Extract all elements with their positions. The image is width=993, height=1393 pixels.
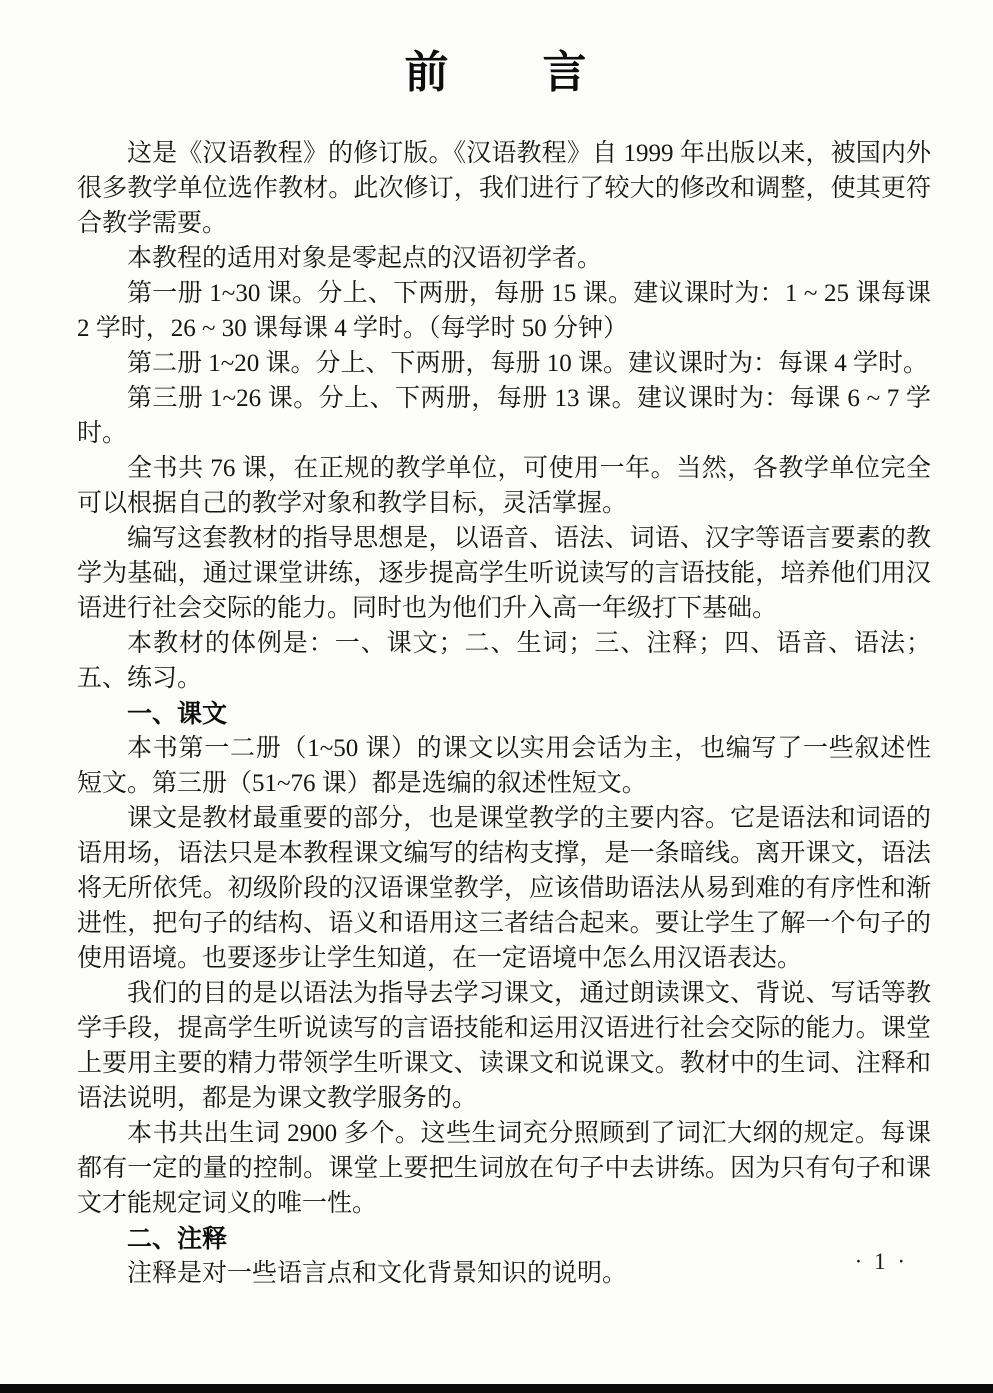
paragraph: 课文是教材最重要的部分，也是课堂教学的主要内容。它是语法和词语的语用场，语法只是…: [77, 801, 931, 976]
paragraph: 本书共出生词 2900 多个。这些生词充分照顾到了词汇大纲的规定。每课都有一定的…: [77, 1116, 931, 1221]
paragraph: 本教材的体例是：一、课文；二、生词；三、注释；四、语音、语法；五、练习。: [77, 626, 931, 696]
paragraph: 第三册 1~26 课。分上、下两册，每册 13 课。建议课时为：每课 6 ~ 7…: [77, 381, 931, 451]
paragraph: 第一册 1~30 课。分上、下两册，每册 15 课。建议课时为：1 ~ 25 课…: [77, 276, 931, 346]
preface-body: 这是《汉语教程》的修订版。《汉语教程》自 1999 年出版以来，被国内外很多教学…: [77, 136, 931, 1291]
paragraph: 编写这套教材的指导思想是，以语音、语法、词语、汉字等语言要素的教学为基础，通过课…: [77, 521, 931, 626]
scanned-page: 前 言 这是《汉语教程》的修订版。《汉语教程》自 1999 年出版以来，被国内外…: [0, 0, 993, 1393]
page-number: · 1 ·: [855, 1248, 908, 1276]
paragraph: 本书第一二册（1~50 课）的课文以实用会话为主，也编写了一些叙述性短文。第三册…: [77, 731, 931, 801]
scan-edge-bar: [0, 1384, 993, 1393]
paragraph: 第二册 1~20 课。分上、下两册，每册 10 课。建议课时为：每课 4 学时。: [77, 346, 931, 381]
paragraph: 注释是对一些语言点和文化背景知识的说明。: [77, 1256, 931, 1291]
paragraph: 全书共 76 课，在正规的教学单位，可使用一年。当然，各教学单位完全可以根据自己…: [77, 451, 931, 521]
paragraph: 这是《汉语教程》的修订版。《汉语教程》自 1999 年出版以来，被国内外很多教学…: [77, 136, 931, 241]
paragraph: 我们的目的是以语法为指导去学习课文，通过朗读课文、背说、写话等教学手段，提高学生…: [77, 976, 931, 1116]
page-title: 前 言: [0, 0, 993, 96]
section-heading-zhushi: 二、注释: [77, 1221, 931, 1256]
paragraph: 本教程的适用对象是零起点的汉语初学者。: [77, 241, 931, 276]
section-heading-kewen: 一、课文: [77, 696, 931, 731]
